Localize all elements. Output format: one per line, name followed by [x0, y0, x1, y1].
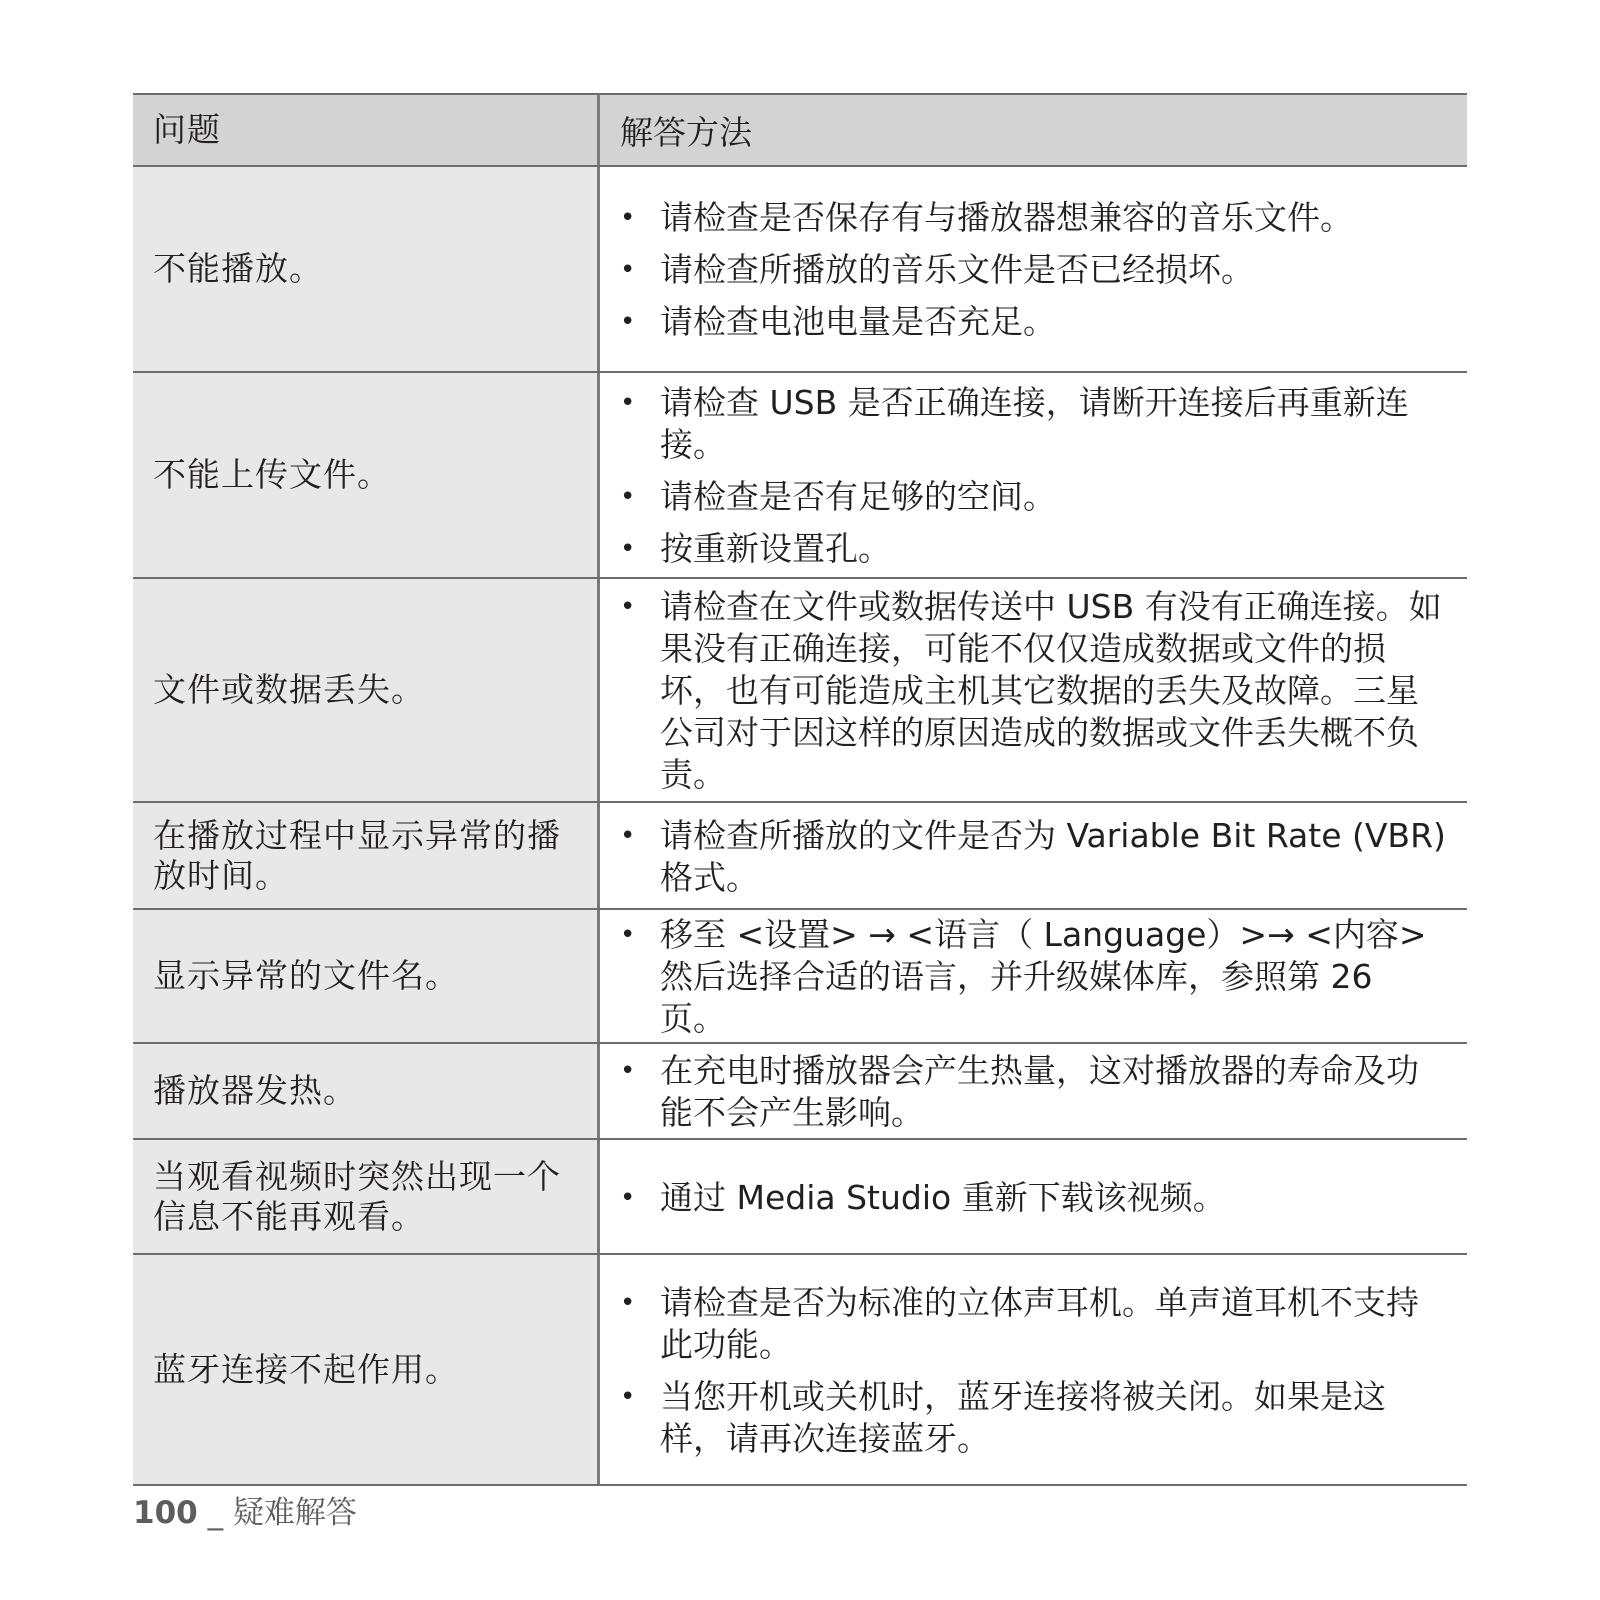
bullet-icon: • — [620, 1376, 660, 1460]
footer-separator: _ — [198, 1495, 233, 1531]
bullet-icon: • — [620, 1177, 660, 1219]
solution-item: •按重新设置孔。 — [620, 528, 1447, 570]
problem-cell: 播放器发热。 — [133, 1044, 600, 1138]
bullet-icon: • — [620, 476, 660, 518]
solution-item: •请检查是否有足够的空间。 — [620, 476, 1447, 518]
solution-cell: •请检查是否保存有与播放器想兼容的音乐文件。•请检查所播放的音乐文件是否已经损坏… — [600, 167, 1467, 371]
bullet-icon: • — [620, 815, 660, 899]
table-row: 文件或数据丢失。•请检查在文件或数据传送中 USB 有没有正确连接。如果没有正确… — [133, 579, 1467, 803]
bullet-icon: • — [620, 528, 660, 570]
solution-text: 请检查所播放的音乐文件是否已经损坏。 — [660, 249, 1447, 291]
solution-text: 请检查 USB 是否正确连接，请断开连接后再重新连接。 — [660, 382, 1447, 466]
solution-text: 在充电时播放器会产生热量，这对播放器的寿命及功能不会产生影响。 — [660, 1050, 1447, 1134]
solution-item: •请检查电池电量是否充足。 — [620, 301, 1447, 343]
solution-text: 请检查是否有足够的空间。 — [660, 476, 1447, 518]
solution-item: •请检查是否为标准的立体声耳机。单声道耳机不支持此功能。 — [620, 1282, 1447, 1366]
solution-cell: •请检查是否为标准的立体声耳机。单声道耳机不支持此功能。•当您开机或关机时，蓝牙… — [600, 1255, 1467, 1484]
bullet-icon: • — [620, 301, 660, 343]
table-row: 播放器发热。•在充电时播放器会产生热量，这对播放器的寿命及功能不会产生影响。 — [133, 1044, 1467, 1140]
table-row: 不能上传文件。•请检查 USB 是否正确连接，请断开连接后再重新连接。•请检查是… — [133, 373, 1467, 579]
page-footer: 100 _ 疑难解答 — [133, 1487, 357, 1532]
solution-text: 请检查是否保存有与播放器想兼容的音乐文件。 — [660, 197, 1447, 239]
solution-cell: •请检查所播放的文件是否为 Variable Bit Rate (VBR) 格式… — [600, 803, 1467, 908]
solution-item: •请检查 USB 是否正确连接，请断开连接后再重新连接。 — [620, 382, 1447, 466]
solution-item: •当您开机或关机时，蓝牙连接将被关闭。如果是这样，请再次连接蓝牙。 — [620, 1376, 1447, 1460]
solution-text: 移至 <设置> → <语言（ Language）>→ <内容> 然后选择合适的语… — [660, 914, 1447, 1040]
solution-cell: •请检查 USB 是否正确连接，请断开连接后再重新连接。•请检查是否有足够的空间… — [600, 373, 1467, 577]
solution-cell: •通过 Media Studio 重新下载该视频。 — [600, 1140, 1467, 1253]
solution-item: •在充电时播放器会产生热量，这对播放器的寿命及功能不会产生影响。 — [620, 1050, 1447, 1134]
solution-text: 按重新设置孔。 — [660, 528, 1447, 570]
bullet-icon: • — [620, 1050, 660, 1134]
solution-cell: •移至 <设置> → <语言（ Language）>→ <内容> 然后选择合适的… — [600, 910, 1467, 1042]
troubleshooting-table: 问题 解答方法 不能播放。•请检查是否保存有与播放器想兼容的音乐文件。•请检查所… — [133, 93, 1467, 1486]
solution-text: 请检查电池电量是否充足。 — [660, 301, 1447, 343]
problem-cell: 显示异常的文件名。 — [133, 910, 600, 1042]
solution-item: •请检查是否保存有与播放器想兼容的音乐文件。 — [620, 197, 1447, 239]
solution-item: •通过 Media Studio 重新下载该视频。 — [620, 1177, 1447, 1219]
solution-item: •请检查所播放的文件是否为 Variable Bit Rate (VBR) 格式… — [620, 815, 1447, 899]
bullet-icon: • — [620, 382, 660, 466]
problem-cell: 当观看视频时突然出现一个信息不能再观看。 — [133, 1140, 600, 1253]
header-problem: 问题 — [133, 95, 600, 165]
solution-text: 请检查所播放的文件是否为 Variable Bit Rate (VBR) 格式。 — [660, 815, 1447, 899]
section-title: 疑难解答 — [233, 1495, 357, 1531]
table-row: 显示异常的文件名。•移至 <设置> → <语言（ Language）>→ <内容… — [133, 910, 1467, 1044]
table-row: 在播放过程中显示异常的播放时间。•请检查所播放的文件是否为 Variable B… — [133, 803, 1467, 910]
solution-cell: •在充电时播放器会产生热量，这对播放器的寿命及功能不会产生影响。 — [600, 1044, 1467, 1138]
problem-cell: 文件或数据丢失。 — [133, 579, 600, 801]
solution-item: •移至 <设置> → <语言（ Language）>→ <内容> 然后选择合适的… — [620, 914, 1447, 1040]
table-row: 蓝牙连接不起作用。•请检查是否为标准的立体声耳机。单声道耳机不支持此功能。•当您… — [133, 1255, 1467, 1484]
problem-cell: 蓝牙连接不起作用。 — [133, 1255, 600, 1484]
table-row: 当观看视频时突然出现一个信息不能再观看。•通过 Media Studio 重新下… — [133, 1140, 1467, 1255]
bullet-icon: • — [620, 914, 660, 1040]
solution-text: 当您开机或关机时，蓝牙连接将被关闭。如果是这样，请再次连接蓝牙。 — [660, 1376, 1447, 1460]
solution-item: •请检查所播放的音乐文件是否已经损坏。 — [620, 249, 1447, 291]
solution-cell: •请检查在文件或数据传送中 USB 有没有正确连接。如果没有正确连接，可能不仅仅… — [600, 579, 1467, 801]
page-number: 100 — [133, 1495, 198, 1531]
solution-text: 通过 Media Studio 重新下载该视频。 — [660, 1177, 1447, 1219]
table-header-row: 问题 解答方法 — [133, 95, 1467, 167]
solution-text: 请检查是否为标准的立体声耳机。单声道耳机不支持此功能。 — [660, 1282, 1447, 1366]
header-solution: 解答方法 — [600, 95, 1467, 165]
solution-text: 请检查在文件或数据传送中 USB 有没有正确连接。如果没有正确连接，可能不仅仅造… — [660, 586, 1447, 796]
problem-cell: 不能播放。 — [133, 167, 600, 371]
bullet-icon: • — [620, 249, 660, 291]
problem-cell: 不能上传文件。 — [133, 373, 600, 577]
table-row: 不能播放。•请检查是否保存有与播放器想兼容的音乐文件。•请检查所播放的音乐文件是… — [133, 167, 1467, 373]
solution-item: •请检查在文件或数据传送中 USB 有没有正确连接。如果没有正确连接，可能不仅仅… — [620, 586, 1447, 796]
bullet-icon: • — [620, 1282, 660, 1366]
problem-cell: 在播放过程中显示异常的播放时间。 — [133, 803, 600, 908]
bullet-icon: • — [620, 197, 660, 239]
bullet-icon: • — [620, 586, 660, 796]
